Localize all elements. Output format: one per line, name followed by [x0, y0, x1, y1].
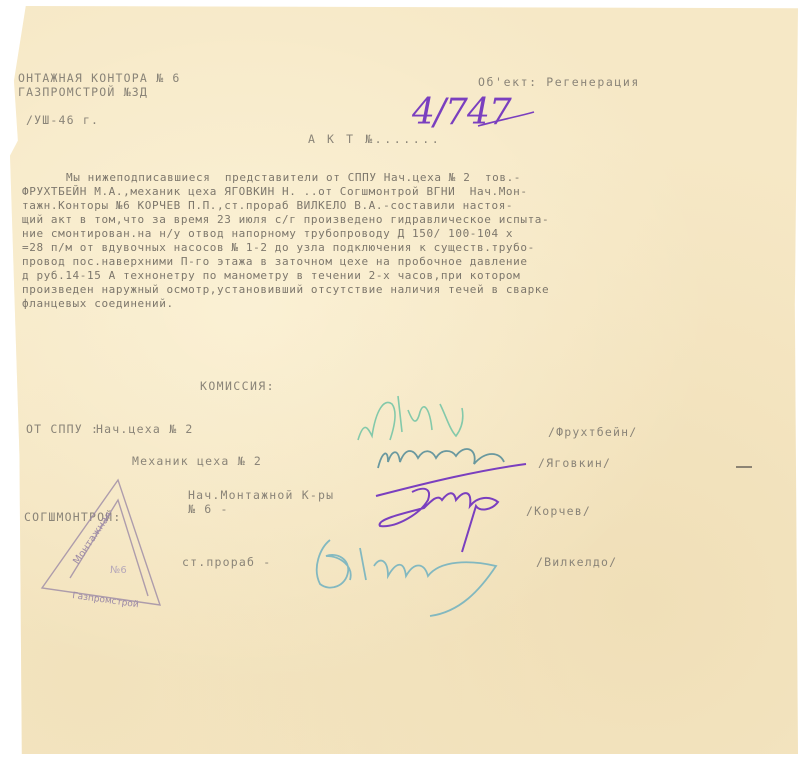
signature-vilkeldo-icon: [0, 0, 811, 768]
